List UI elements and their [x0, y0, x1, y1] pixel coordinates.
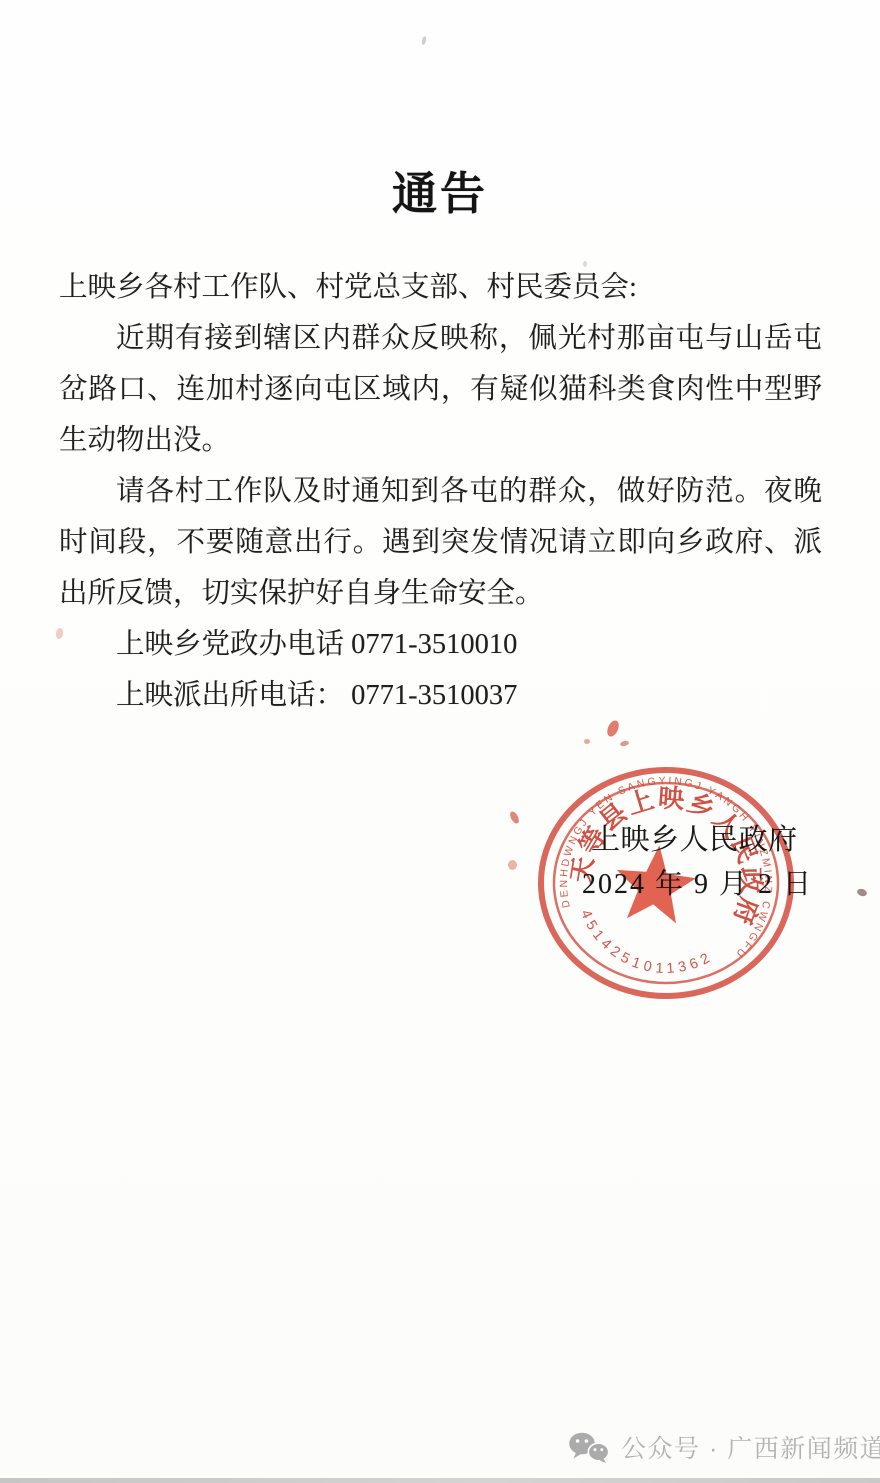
- phone-line-government-office: 上映乡党政办电话 0771-3510010: [59, 619, 822, 670]
- notice-paragraph-2: 请各村工作队及时通知到各屯的群众，做好防范。夜晚时间段，不要随意出行。遇到突发情…: [59, 466, 822, 619]
- ink-speckle: [584, 739, 590, 744]
- notice-body: 上映乡各村工作队、村党总支部、村民委员会: 近期有接到辖区内群众反映称，佩光村那…: [59, 262, 822, 721]
- ink-speckle: [583, 261, 587, 267]
- notice-title: 通告: [0, 157, 880, 222]
- ink-speckle: [508, 810, 520, 825]
- ink-speckle: [620, 740, 630, 747]
- notice-document: 通告 上映乡各村工作队、村党总支部、村民委员会: 近期有接到辖区内群众反映称，佩…: [0, 0, 880, 1483]
- ink-speckle: [508, 860, 517, 870]
- signature-government: 上映乡人民政府: [591, 817, 798, 858]
- ink-speckle: [856, 888, 868, 898]
- watermark-text: 公众号 · 广西新闻频道: [621, 1429, 880, 1465]
- salutation-line: 上映乡各村工作队、村党总支部、村民委员会:: [59, 262, 822, 313]
- notice-paragraph-1: 近期有接到辖区内群众反映称，佩光村那亩屯与山岳屯岔路口、连加村逐向屯区域内，有疑…: [59, 313, 822, 466]
- wechat-watermark: 公众号 · 广西新闻频道: [568, 1429, 880, 1465]
- ink-speckle: [605, 719, 621, 739]
- page-bottom-edge: [0, 1478, 880, 1483]
- ink-speckle: [421, 36, 427, 46]
- notice-date: 2024 年 9 月 2 日: [582, 862, 813, 902]
- phone-line-police-station: 上映派出所电话： 0771-3510037: [59, 670, 822, 721]
- wechat-icon: [568, 1431, 612, 1464]
